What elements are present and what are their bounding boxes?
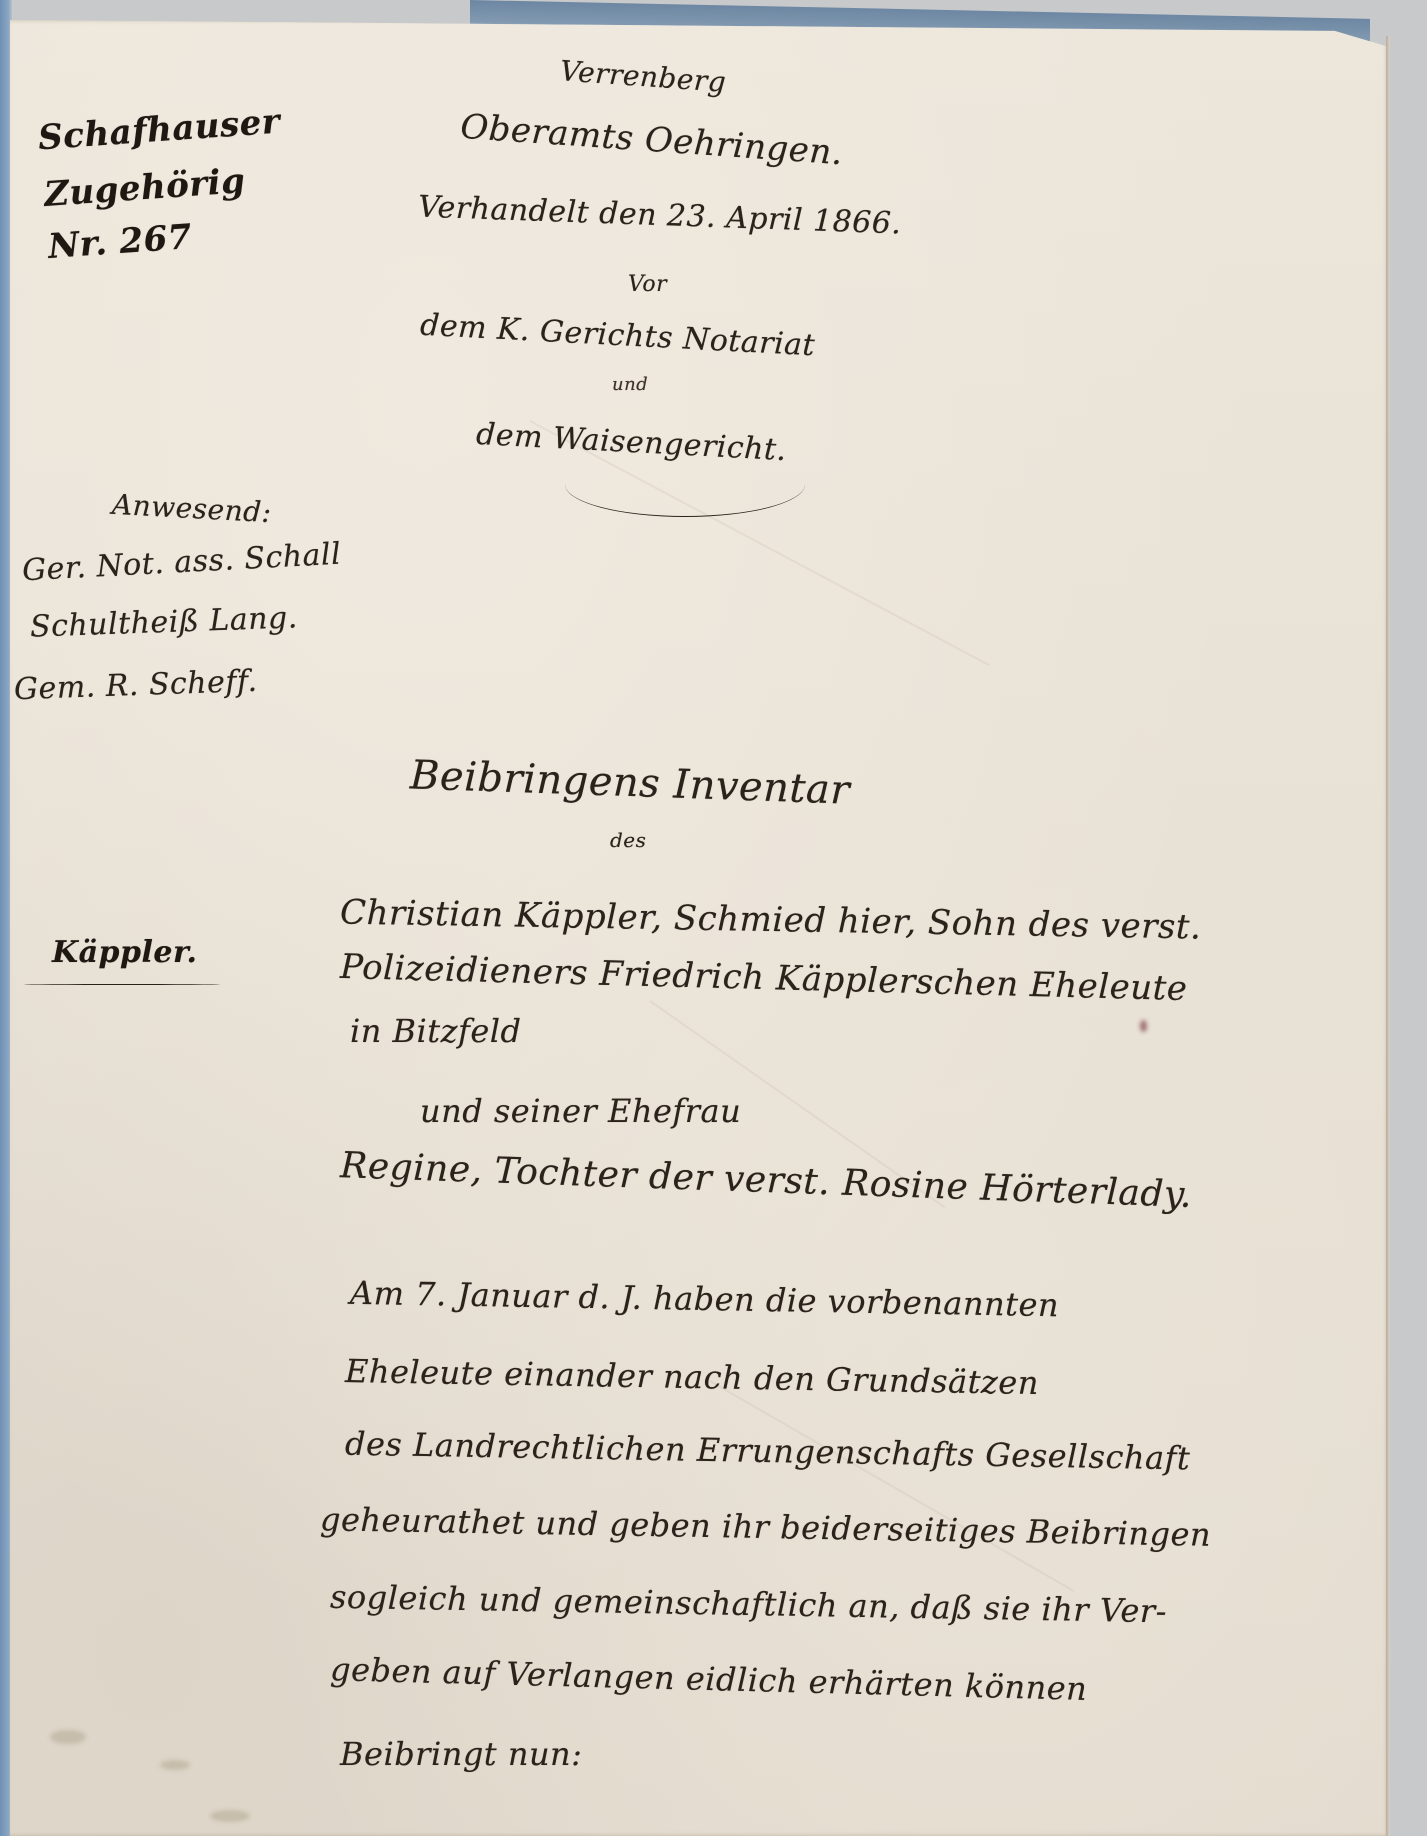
und-label: und — [612, 374, 648, 395]
paper-crease — [710, 1380, 1075, 1592]
paper-right-edge — [1386, 36, 1390, 1836]
margin-name-underline — [24, 984, 220, 985]
body-line: Beibringt nun: — [340, 1735, 582, 1773]
ink-stain — [50, 1730, 86, 1744]
ink-stain — [210, 1810, 250, 1822]
body-line: in Bitzfeld — [350, 1012, 521, 1050]
body-line: und seiner Ehefrau — [420, 1092, 741, 1130]
scan-stage: Schafhauser Zugehörig Nr. 267 Verrenberg… — [0, 0, 1427, 1836]
ink-stain — [160, 1760, 190, 1770]
before-label: Vor — [628, 272, 667, 297]
ink-stain — [1140, 1020, 1147, 1032]
margin-name: Käppler. — [52, 935, 197, 970]
des-label: des — [610, 828, 646, 852]
